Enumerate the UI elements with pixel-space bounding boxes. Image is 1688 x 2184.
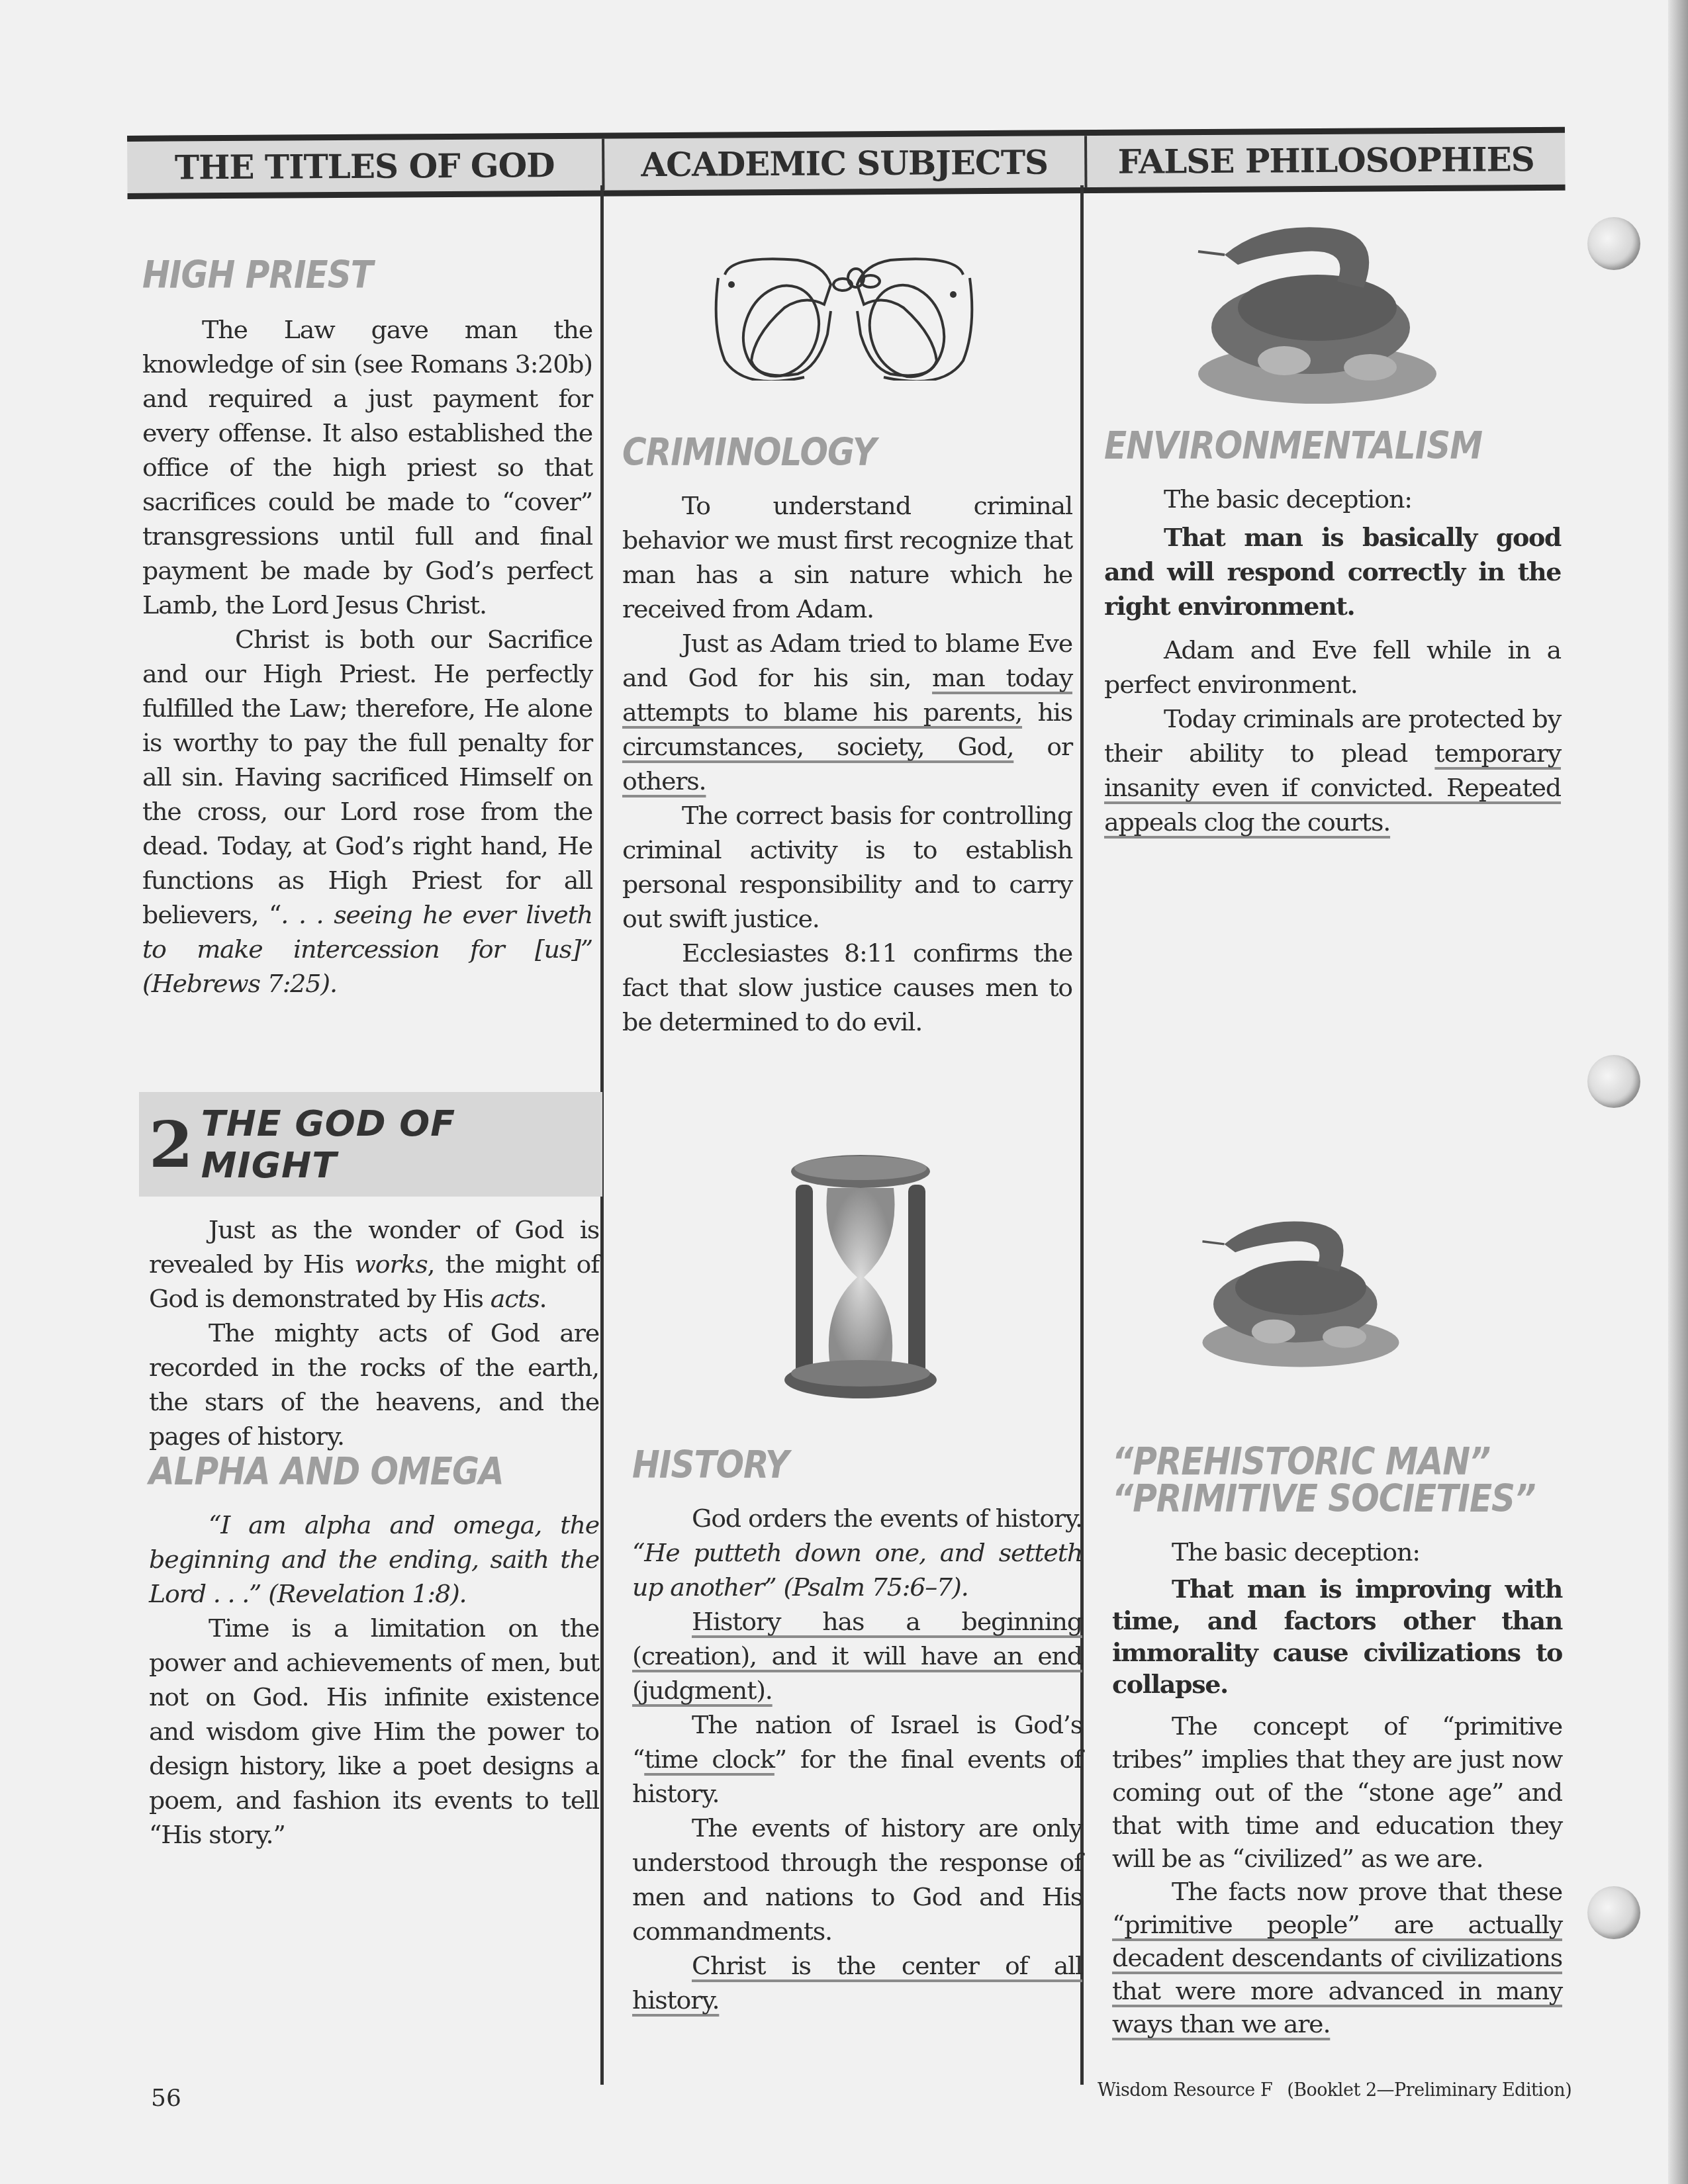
paragraph: The correct basis for controlling crimin… — [622, 798, 1072, 936]
scripture-quote: “I am alpha and omega, the beginning and… — [149, 1508, 599, 1611]
paragraph: The basic deception: — [1112, 1535, 1562, 1569]
section-title: ALPHA AND OMEGA — [149, 1451, 599, 1493]
section-high-priest: HIGH PRIEST The Law gave man the knowled… — [142, 259, 592, 1001]
scripture-quote: “He putteth down one, and setteth up ano… — [632, 1538, 1082, 1602]
paragraph: The basic deception: — [1104, 482, 1561, 516]
header-academic-subjects: ACADEMIC SUBJECTS — [604, 136, 1087, 190]
paragraph: Adam and Eve fell while in a perfect env… — [1104, 633, 1561, 702]
paragraph: Just as the wonder of God is revealed by… — [149, 1212, 599, 1316]
underlined-text: Christ is the center of all history. — [632, 1951, 1082, 2015]
deception-statement: That man is basically good and will resp… — [1104, 520, 1561, 623]
emphasis: acts — [491, 1284, 539, 1313]
hourglass-illustration — [781, 1152, 940, 1403]
paragraph: The Law gave man the knowledge of sin (s… — [142, 312, 592, 622]
handcuffs-illustration — [705, 248, 983, 381]
publication-footer: Wisdom Resource F(Booklet 2—Preliminary … — [1098, 2080, 1571, 2101]
paragraph: The facts now prove that these “primitiv… — [1112, 1875, 1562, 2040]
emphasis: works — [354, 1250, 427, 1279]
section-banner-god-of-might: 2 THE GOD OF MIGHT — [139, 1092, 602, 1197]
paragraph: The concept of “primitive tribes” implie… — [1112, 1709, 1562, 1875]
section-banner-title: THE GOD OF MIGHT — [201, 1103, 602, 1186]
section-title: HISTORY — [632, 1444, 1082, 1486]
section-title: ENVIRONMENTALISM — [1104, 425, 1561, 467]
section-title: HIGH PRIEST — [142, 254, 592, 296]
text: God orders the events of history. — [692, 1504, 1082, 1533]
section-alpha-omega: ALPHA AND OMEGA “I am alpha and omega, t… — [149, 1456, 599, 1852]
paragraph: God orders the events of history. “He pu… — [632, 1501, 1082, 1604]
paragraph: Christ is both our Sacrifice and our Hig… — [142, 622, 592, 1001]
text: The facts now prove that these — [1172, 1877, 1562, 1906]
page-edge-shadow — [1668, 0, 1688, 2184]
underlined-text: others. — [622, 766, 706, 796]
underlined-text: circumstances, society, God, — [622, 732, 1013, 761]
section-environmentalism: ENVIRONMENTALISM The basic deception: Th… — [1104, 430, 1561, 839]
section-god-of-might-text: Just as the wonder of God is revealed by… — [149, 1212, 599, 1453]
publication-title: Wisdom Resource F — [1098, 2080, 1272, 2101]
page-number: 56 — [151, 2085, 181, 2112]
underlined-text: time clock — [644, 1745, 774, 1774]
paragraph: Today criminals are protected by their a… — [1104, 702, 1561, 839]
edition-note: (Booklet 2—Preliminary Edition) — [1287, 2080, 1571, 2101]
binder-hole — [1587, 1886, 1640, 1939]
section-history: HISTORY God orders the events of history… — [632, 1449, 1082, 2017]
text: or — [1013, 732, 1072, 761]
paragraph: The mighty acts of God are recorded in t… — [149, 1316, 599, 1453]
column-header-band: THE TITLES OF GOD ACADEMIC SUBJECTS FALS… — [127, 127, 1566, 199]
paragraph: History has a beginning (creation), and … — [632, 1604, 1082, 1707]
rattlesnake-illustration — [1185, 215, 1450, 407]
section-title: “PRIMITIVE SOCIETIES” — [1112, 1478, 1562, 1520]
binder-hole — [1587, 1055, 1640, 1108]
paragraph: Ecclesiastes 8:11 confirms the fact that… — [622, 936, 1072, 1039]
underlined-text: History has a beginning (creation), and … — [632, 1607, 1082, 1705]
paragraph-text: Christ is both our Sacrifice and our Hig… — [142, 625, 592, 929]
header-titles-of-god: THE TITLES OF GOD — [127, 139, 604, 193]
rattlesnake-illustration — [1192, 1191, 1410, 1390]
deception-statement: That man is improving with time, and fac… — [1112, 1573, 1562, 1700]
section-title: CRIMINOLOGY — [622, 432, 1072, 474]
paragraph: Just as Adam tried to blame Eve and God … — [622, 626, 1072, 798]
section-number: 2 — [149, 1107, 193, 1182]
text: . — [539, 1284, 547, 1313]
binder-hole — [1587, 217, 1640, 270]
underlined-text: “primitive people” are actually decadent… — [1112, 1910, 1562, 2038]
paragraph: The nation of Israel is God’s “time cloc… — [632, 1707, 1082, 1811]
paragraph: Time is a limitation on the power and ac… — [149, 1611, 599, 1852]
header-false-philosophies: FALSE PHILOSOPHIES — [1087, 133, 1565, 187]
paragraph: To understand criminal behavior we must … — [622, 488, 1072, 626]
paragraph: The events of history are only understoo… — [632, 1811, 1082, 1948]
section-prehistoric-man: “PREHISTORIC MAN” “PRIMITIVE SOCIETIES” … — [1112, 1446, 1562, 2040]
section-criminology: CRIMINOLOGY To understand criminal behav… — [622, 437, 1072, 1039]
paragraph: Christ is the center of all history. — [632, 1948, 1082, 2017]
text: his — [1022, 698, 1072, 727]
